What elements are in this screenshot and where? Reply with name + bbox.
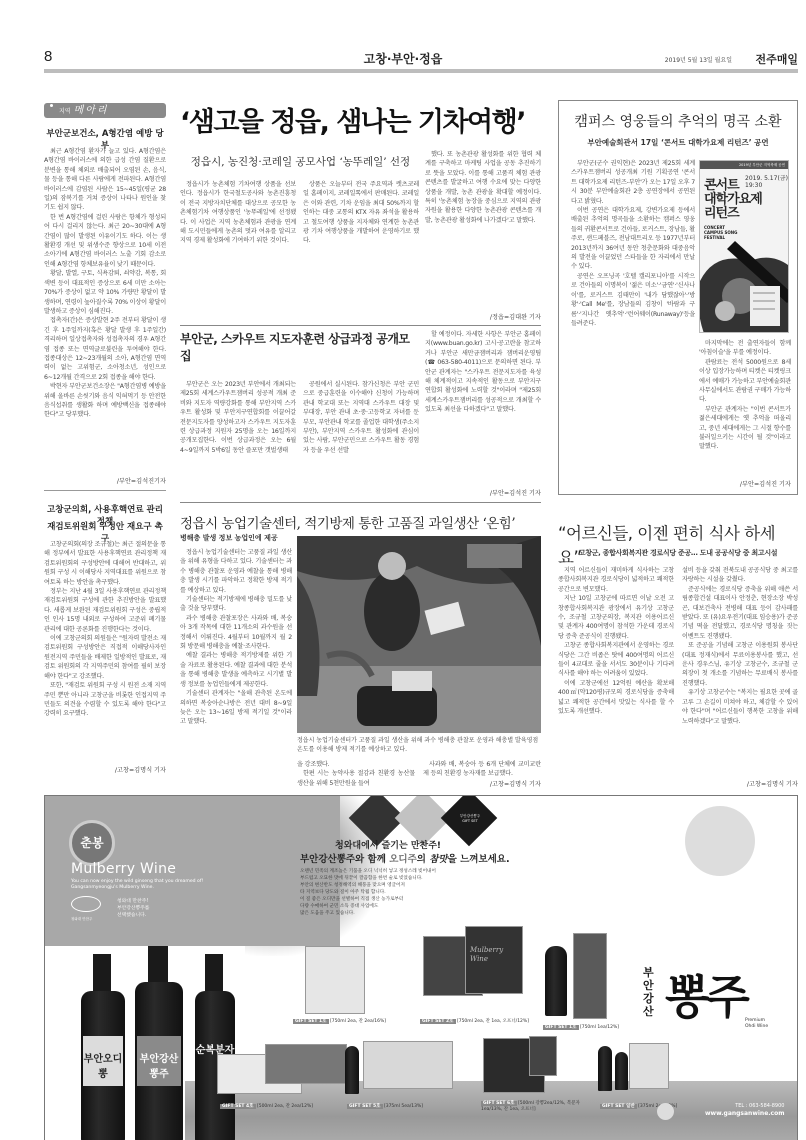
desc-line: 많은 도움을 주고 있습니다. bbox=[300, 910, 560, 917]
bottle-neck bbox=[205, 954, 223, 994]
brand-subtitle: Premium Ohdi Wine bbox=[745, 1018, 768, 1030]
gift-bottle-image bbox=[345, 1046, 359, 1094]
paragraph: 최근 A형간염 환자가 늘고 있다. A형간염은 A형간염 바이러스에 의한 급… bbox=[44, 147, 166, 213]
paragraph: 접촉자(간)은 증상발현 2주 전부터 황달이 생긴 후 1주일까지(혹은 황달… bbox=[44, 316, 166, 382]
seal-label: 청와대 만찬주 bbox=[71, 917, 92, 922]
brand-logo-icon: 춘봉 bbox=[69, 820, 115, 866]
gift-set-label: GIFT SET 1호 [750ml 2ea, 잔 2ea/16%] bbox=[293, 1018, 386, 1024]
ad-slogan-2: 부안강산뽕주와 함께 오디주의 참맛을 느껴보세요. bbox=[300, 851, 510, 865]
column-tag: 지역메아리 bbox=[44, 103, 166, 118]
poster-band: 2019년 부안군 지역축제 공연 bbox=[700, 161, 788, 169]
paragraph: 이에 고창군에선 12억원 예산을 확보해 400㎡(약120평)규모의 경로식… bbox=[558, 679, 674, 717]
ad-english-body: You can now enjoy the wild ginseng that … bbox=[71, 879, 251, 891]
bullet-icon bbox=[50, 104, 53, 107]
senior-subheadline: 고창군, 종합사회복지관 경로식당 준공… 도내 공공식당 중 최고시설 bbox=[558, 548, 798, 558]
brand-vertical-text: 부안강산 bbox=[643, 966, 657, 1018]
gift-box-image bbox=[529, 1036, 557, 1076]
paragraph: 또한, "재검토 위원회 구성 시 원전 소재 지역주민 뿐만 아니라 고창군을… bbox=[44, 681, 166, 719]
paragraph: 마지막에는 전 출연자들이 함께 '아침이슬'을 부를 예정이다. bbox=[699, 339, 791, 358]
paragraph: 부안군(군수 권익현)은 2023년 제25회 세계스카우트잼버리 성공개최 기… bbox=[571, 159, 695, 206]
slogan-part: 부안강산뽕주와 함께 bbox=[300, 854, 389, 865]
paragraph: 준공식에는 경로식당 증축을 위해 애쓴 서림종합건설 대표이사 안정춘, 현장… bbox=[682, 585, 798, 641]
gift-set-label: GIFT SET 2호 [750ml 2ea, 잔 1ea, 오프너/12%] bbox=[420, 1018, 529, 1024]
paragraph: 이번 공연은 대학가요제, 강변가요제 등에서 배출된 추억의 명곡들을 소환하… bbox=[571, 206, 695, 272]
campus-col-2: 마지막에는 전 출연자들이 함께 '아침이슬'을 부를 예정이다. 관람료는 전… bbox=[699, 339, 791, 479]
gift-bag-image bbox=[573, 933, 607, 1019]
poster-title-line: 대학가요제 bbox=[704, 193, 762, 207]
campus-col-1: 부안군(군수 권익현)은 2023년 제25회 세계스카우트잼버리 성공개최 기… bbox=[571, 159, 695, 391]
gift-set-image bbox=[305, 946, 365, 1014]
paragraph: 고창군의회(의장 조규철)는 최근 절의문을 통해 정부에서 발표한 사용후핵연… bbox=[44, 540, 166, 587]
gift-box-image bbox=[265, 1044, 347, 1084]
paragraph: 유기상 고창군수는 "복지는 필요한 곳에 골고루 그 손길이 미쳐야 하고, … bbox=[682, 688, 798, 726]
desc-line: 이 질 좋은 오디만을 선별하여 직접 생산 농가로부터 bbox=[300, 896, 560, 903]
divider bbox=[180, 502, 541, 503]
paragraph: 기술센터 관계자는 "올해 관측된 온도에 의하면 복숭아순나방은 전년 대비 … bbox=[180, 689, 292, 727]
senior-col-2: 설비 등을 갖춰 전북도내 공공식당 중 최고를 자랑하는 시설을 갖췄다. 준… bbox=[682, 566, 798, 778]
lead-byline: /정읍=김대완 기자 bbox=[425, 312, 541, 321]
tech-kicker: 병해충 발생 정보 농업인에 제공 bbox=[180, 533, 278, 543]
blue-house-seal-icon bbox=[71, 896, 101, 912]
tech-byline: /고창=김명식 기자 bbox=[423, 779, 541, 788]
paragraph: 지난 10일 고창군에 따르면 이날 오전 고창종합사회복지관 광장에서 유기상… bbox=[558, 594, 674, 641]
gift-set-badge: 부안강산뽕주 GIFT SET bbox=[449, 814, 491, 824]
scout-byline: /부안=김석진 기자 bbox=[425, 488, 541, 497]
photo-caption: 정읍시 농업기술센터가 고품질 과일 생산을 위해 과수 병해충 관찰포 운영과… bbox=[297, 736, 541, 754]
paragraph: 또 준공을 기념해 고창군 이용원회 봉사단(대표 정재식)에서 무료이용봉사를… bbox=[682, 641, 798, 688]
paragraph: 과수 병해충 관찰포장은 사과와 배, 복숭아 3개 작목에 대한 11개소의 … bbox=[180, 614, 292, 652]
divider bbox=[44, 490, 166, 491]
poster-title: 콘서트 대학가요제 리턴즈 bbox=[704, 179, 762, 221]
phone-number: TEL : 063-584-8900 bbox=[705, 1103, 784, 1110]
scout-col-1: 부안군은 오는 2023년 부안에서 개최되는 제25회 세계스카우트잼버리 성… bbox=[180, 380, 296, 500]
paragraph: 예찰 결과는 병해충 적기방제를 위한 기술 자료로 활용된다. 예찰 결과에 … bbox=[180, 651, 292, 689]
badge-line: GIFT SET bbox=[449, 819, 491, 824]
box-text-line: Mulberry bbox=[470, 946, 503, 955]
gift-tag: GIFT SET 1호 bbox=[543, 1025, 579, 1030]
gift-set-label: GIFT SET 1호 [750ml 1ea/12%] bbox=[543, 1024, 619, 1030]
desc-line: 부안의 변산반도 청정해역의 해풍을 맞으며 영글어져 bbox=[300, 882, 560, 889]
campus-byline: /부안=김석진 기자 bbox=[699, 479, 791, 488]
box-text-line: Wine bbox=[470, 955, 503, 964]
poster-en-line: FESTIVAL bbox=[704, 235, 737, 240]
orchard-photo bbox=[297, 536, 541, 733]
campus-concert-box: 캠퍼스 영웅들의 추억의 명곡 소환 부안예술회관서 17일 ‘콘서트 대학가요… bbox=[558, 100, 798, 495]
gift-tag: GIFT SET 일반 bbox=[600, 1104, 637, 1109]
guitar-illustration-icon bbox=[699, 241, 789, 333]
senior-byline: /고창=김명식 기자 bbox=[682, 779, 798, 788]
paragraph: 부안군 관계자는 "이번 콘서트가 젊은세대에게는 옛 추억을 떠올리고, 중년… bbox=[699, 405, 791, 452]
sidebar-article2-body: 고창군의회(의장 조규철)는 최근 절의문을 통해 정부에서 발표한 사용후핵연… bbox=[44, 540, 166, 764]
column-tag-small: 지역 bbox=[59, 108, 71, 115]
paragraph: 정부는 지난 4월 3일 사용후핵연료 관리정책 재검토위원회 구성에 관한 추… bbox=[44, 587, 166, 634]
contact-info: TEL : 063-584-8900 www.gangsanwine.com bbox=[705, 1103, 784, 1117]
scout-col-3: 할 예정이다. 자세한 사항은 부안군 홈페이지(www.buan.go.kr)… bbox=[425, 330, 541, 488]
brand-sub-line: Ohdi Wine bbox=[745, 1024, 768, 1030]
desc-line: 부드럽고 오묘한 맛에 뒤끝이 깔끔함을 한번 술로 빚었습니다. bbox=[300, 875, 560, 882]
gift-bottle-image bbox=[598, 1046, 612, 1091]
company-seal-icon bbox=[657, 1103, 674, 1120]
paragraph: 정읍시 농업기술센터는 고품질 과일 생산을 위해 유형을 다하고 있다. 기술… bbox=[180, 548, 292, 595]
paragraph: 고창군 종합사회복지관에서 운영하는 경로식당은 그간 비좁은 탓에 400여명… bbox=[558, 641, 674, 679]
tech-col-1: 정읍시 농업기술센터는 고품질 과일 생산을 위해 유형을 다하고 있다. 기술… bbox=[180, 548, 292, 788]
gift-tag: GIFT SET 4호 bbox=[220, 1104, 256, 1109]
gift-tag: GIFT SET 2호 bbox=[420, 1019, 456, 1024]
paragraph: 이에 고창군의회 의원들은 "원자력 발전소 재검토위원회 구성방안은 직접적 … bbox=[44, 634, 166, 681]
tech-headline: 정읍시 농업기술센터, 적기방제 통한 고품질 과일생산 ‘온힘’ bbox=[180, 512, 540, 532]
bottle-1-label: 부안오디뽕 bbox=[83, 1036, 123, 1086]
bottle-neck bbox=[148, 946, 168, 986]
paragraph: 설비 등을 갖춰 전북도내 공공식당 중 최고를 자랑하는 시설을 갖췄다. bbox=[682, 566, 798, 585]
lead-col-3: 했다. 또 농촌관광 활성화를 위한 협력 체계를 구축하고 마케팅 사업을 공… bbox=[425, 150, 541, 312]
newspaper-name: 전주매일 bbox=[755, 51, 798, 67]
lead-subheadline: 정읍시, 농진청·코레일 공모사업 ‘농뚜레일’ 선정 bbox=[183, 154, 418, 169]
lead-headline: ‘샘고을 정읍, 샘나는 기차여행’ bbox=[180, 100, 532, 139]
gift-spec: 750ml 2ea, 잔 1ea, 오프너/12% bbox=[459, 1019, 528, 1024]
gift-tag: GIFT SET 5호 bbox=[347, 1104, 383, 1109]
gift-bottle-image bbox=[615, 1052, 628, 1090]
header-rule bbox=[44, 69, 798, 73]
scout-headline: 부안군, 스카우트 지도자훈련 상급과정 공개모집 bbox=[180, 330, 420, 364]
paragraph: 기술센터는 적기방제에 병해충 밀도를 낮출 것을 당부했다. bbox=[180, 595, 292, 614]
senior-col-1: 지역 어르신들이 재미하게 식사하는 고창종합사회복지관 경로식당이 넓적하고 … bbox=[558, 566, 674, 788]
bottle-2-label: 부안강산뽕주 bbox=[137, 1036, 181, 1086]
gift-spec: 375ml 5ea/13% bbox=[386, 1104, 422, 1109]
bottle-neck bbox=[93, 954, 111, 994]
gift-tag: GIFT SET 6호 bbox=[481, 1101, 517, 1106]
seal-text: 청와대 만찬주! 부안강산뽕주를 선택했습니다. bbox=[117, 898, 149, 919]
seal-text-line: 부안강산뽕주를 bbox=[117, 905, 149, 912]
senior-headline: “어르신들, 이젠 편히 식사 하세요” bbox=[558, 520, 798, 568]
desc-line: 오랜년 민족의 계조높은 기품을 오디 넉넉히 넣고 정성스레 빚어내어 bbox=[300, 868, 560, 875]
issue-date: 2019년 5월 13일 월요일 bbox=[665, 55, 732, 64]
paragraph: 관람료는 전석 5000원으로 8세 이상 입장가능하며 티켓은 티켓링크에서 … bbox=[699, 358, 791, 405]
campus-subheadline: 부안예술회관서 17일 ‘콘서트 대학가요제 리턴즈’ 공연 bbox=[559, 137, 797, 148]
sidebar-article1-body: 최근 A형간염 환자가 늘고 있다. A형간염은 A형간염 바이러스에 의한 급… bbox=[44, 147, 166, 477]
desc-line: 다량 수매하여 군민 소득 증대 사업에도 bbox=[300, 903, 560, 910]
gift-set-label: GIFT SET 6호 [500ml 강뽕2ea/12%, 복분자1ea/13%… bbox=[481, 1101, 591, 1113]
desc-line: 타 지역보다 당도와 질이 아주 탁월 합니다. bbox=[300, 889, 560, 896]
ad-english-title: Mulberry Wine bbox=[71, 861, 176, 877]
column-tag-big: 메아리 bbox=[74, 105, 109, 116]
gift-bottle-image bbox=[545, 946, 567, 1016]
ad-slogan-1: 청와대에서 즐기는 만찬주! bbox=[335, 838, 441, 851]
paragraph: 황달, 발열, 구토, 식욕감퇴, 쇠약감, 복통, 회색변 등이 대표적인 증… bbox=[44, 269, 166, 316]
gift-spec: 750ml 2ea, 잔 2ea/16% bbox=[332, 1019, 385, 1024]
lead-col-2: 상품은 오늘부터 전국 주요역과 렛츠코레일 홈페이지, 코레일톡에서 판매된다… bbox=[303, 180, 419, 322]
slogan-highlight: 오디주 bbox=[389, 854, 417, 865]
poster-title-line: 리턴즈 bbox=[704, 207, 762, 221]
poster-english: CONCERT CAMPUS SONG FESTIVAL bbox=[704, 225, 737, 240]
gift-set-label: GIFT SET 5호 [375ml 5ea/13%] bbox=[347, 1103, 423, 1109]
brand-big-text: 뽕주 bbox=[665, 961, 746, 1027]
sidebar-article2-byline: /고창=김명식 기자 bbox=[44, 765, 166, 774]
divider bbox=[180, 325, 541, 326]
gift-set-label: GIFT SET 4호 [500ml 2ea, 잔 2ea/12%] bbox=[220, 1103, 313, 1109]
gift-box-image bbox=[363, 1041, 453, 1089]
gift-spec: 500ml 2ea, 잔 2ea/12% bbox=[259, 1104, 312, 1109]
gift-tag: GIFT SET 1호 bbox=[293, 1019, 329, 1024]
website-link[interactable]: www.gangsanwine.com bbox=[705, 1110, 784, 1117]
mascot-character-icon bbox=[685, 806, 755, 876]
paragraph: 한 번 A형간염에 걸린 사람은 항체가 형성되어 다시 걸리지 않는다. 최근… bbox=[44, 213, 166, 269]
concert-poster-image: 2019년 부안군 지역축제 공연 2019. 5.17(금) 19:30 콘서… bbox=[699, 160, 789, 333]
scout-col-2: 공원에서 실시된다. 참가신청은 부안 군민으로 중급훈련을 이수해야 신청이 … bbox=[303, 380, 419, 500]
ad-description: 오랜년 민족의 계조높은 기품을 오디 넉넉히 넣고 정성스레 빚어내어 부드럽… bbox=[300, 868, 560, 917]
paragraph: 을 강조했다. bbox=[297, 760, 415, 769]
tech-col-2: 을 강조했다. 한편 시는 농약사용 절감과 친환경 농산물 생산을 위해 5천… bbox=[297, 760, 415, 790]
campus-headline: 캠퍼스 영웅들의 추억의 명곡 소환 bbox=[559, 111, 797, 131]
seal-text-line: 선택했습니다. bbox=[117, 912, 149, 919]
mulberry-wine-advertisement[interactable]: 춘봉 Mulberry Wine You can now enjoy the w… bbox=[44, 795, 798, 1140]
lead-col-1: 정읍시가 농촌체험 기차여행 상품을 선보인다. 정읍시가 한국철도공사와 농촌… bbox=[180, 180, 296, 322]
paragraph: 한편 시는 농약사용 절감과 친환경 농산물 생산을 위해 5천만원을 들여 bbox=[297, 769, 415, 788]
gift-box-image bbox=[629, 1043, 669, 1089]
slogan-script: 참맛 bbox=[429, 854, 447, 865]
seal-text-line: 청와대 만찬주! bbox=[117, 898, 149, 905]
paragraph: 공연은 오프닝곡 '호텔 캘리포니아'를 시작으로 건아들의 이명복이 '젊은 … bbox=[571, 272, 695, 328]
gift-box-text: Mulberry Wine bbox=[470, 946, 503, 964]
sidebar-article1-byline: /부안=김석진기자 bbox=[44, 476, 166, 485]
poster-title-line: 콘서트 bbox=[704, 179, 762, 193]
orchard-inspection-photo-icon bbox=[297, 536, 541, 733]
paragraph: 지역 어르신들이 재미하게 식사하는 고창종합사회복지관 경로식당이 넓적하고 … bbox=[558, 566, 674, 594]
slogan-part: 의 bbox=[417, 854, 430, 865]
gift-spec: 750ml 1ea/12% bbox=[582, 1025, 618, 1030]
paragraph: 박현자 부안군보건소장은 "A형간염병 예방을 위해 올바른 손씻기와 음식 익… bbox=[44, 382, 166, 420]
slogan-part: 을 느껴보세요. bbox=[448, 854, 510, 865]
